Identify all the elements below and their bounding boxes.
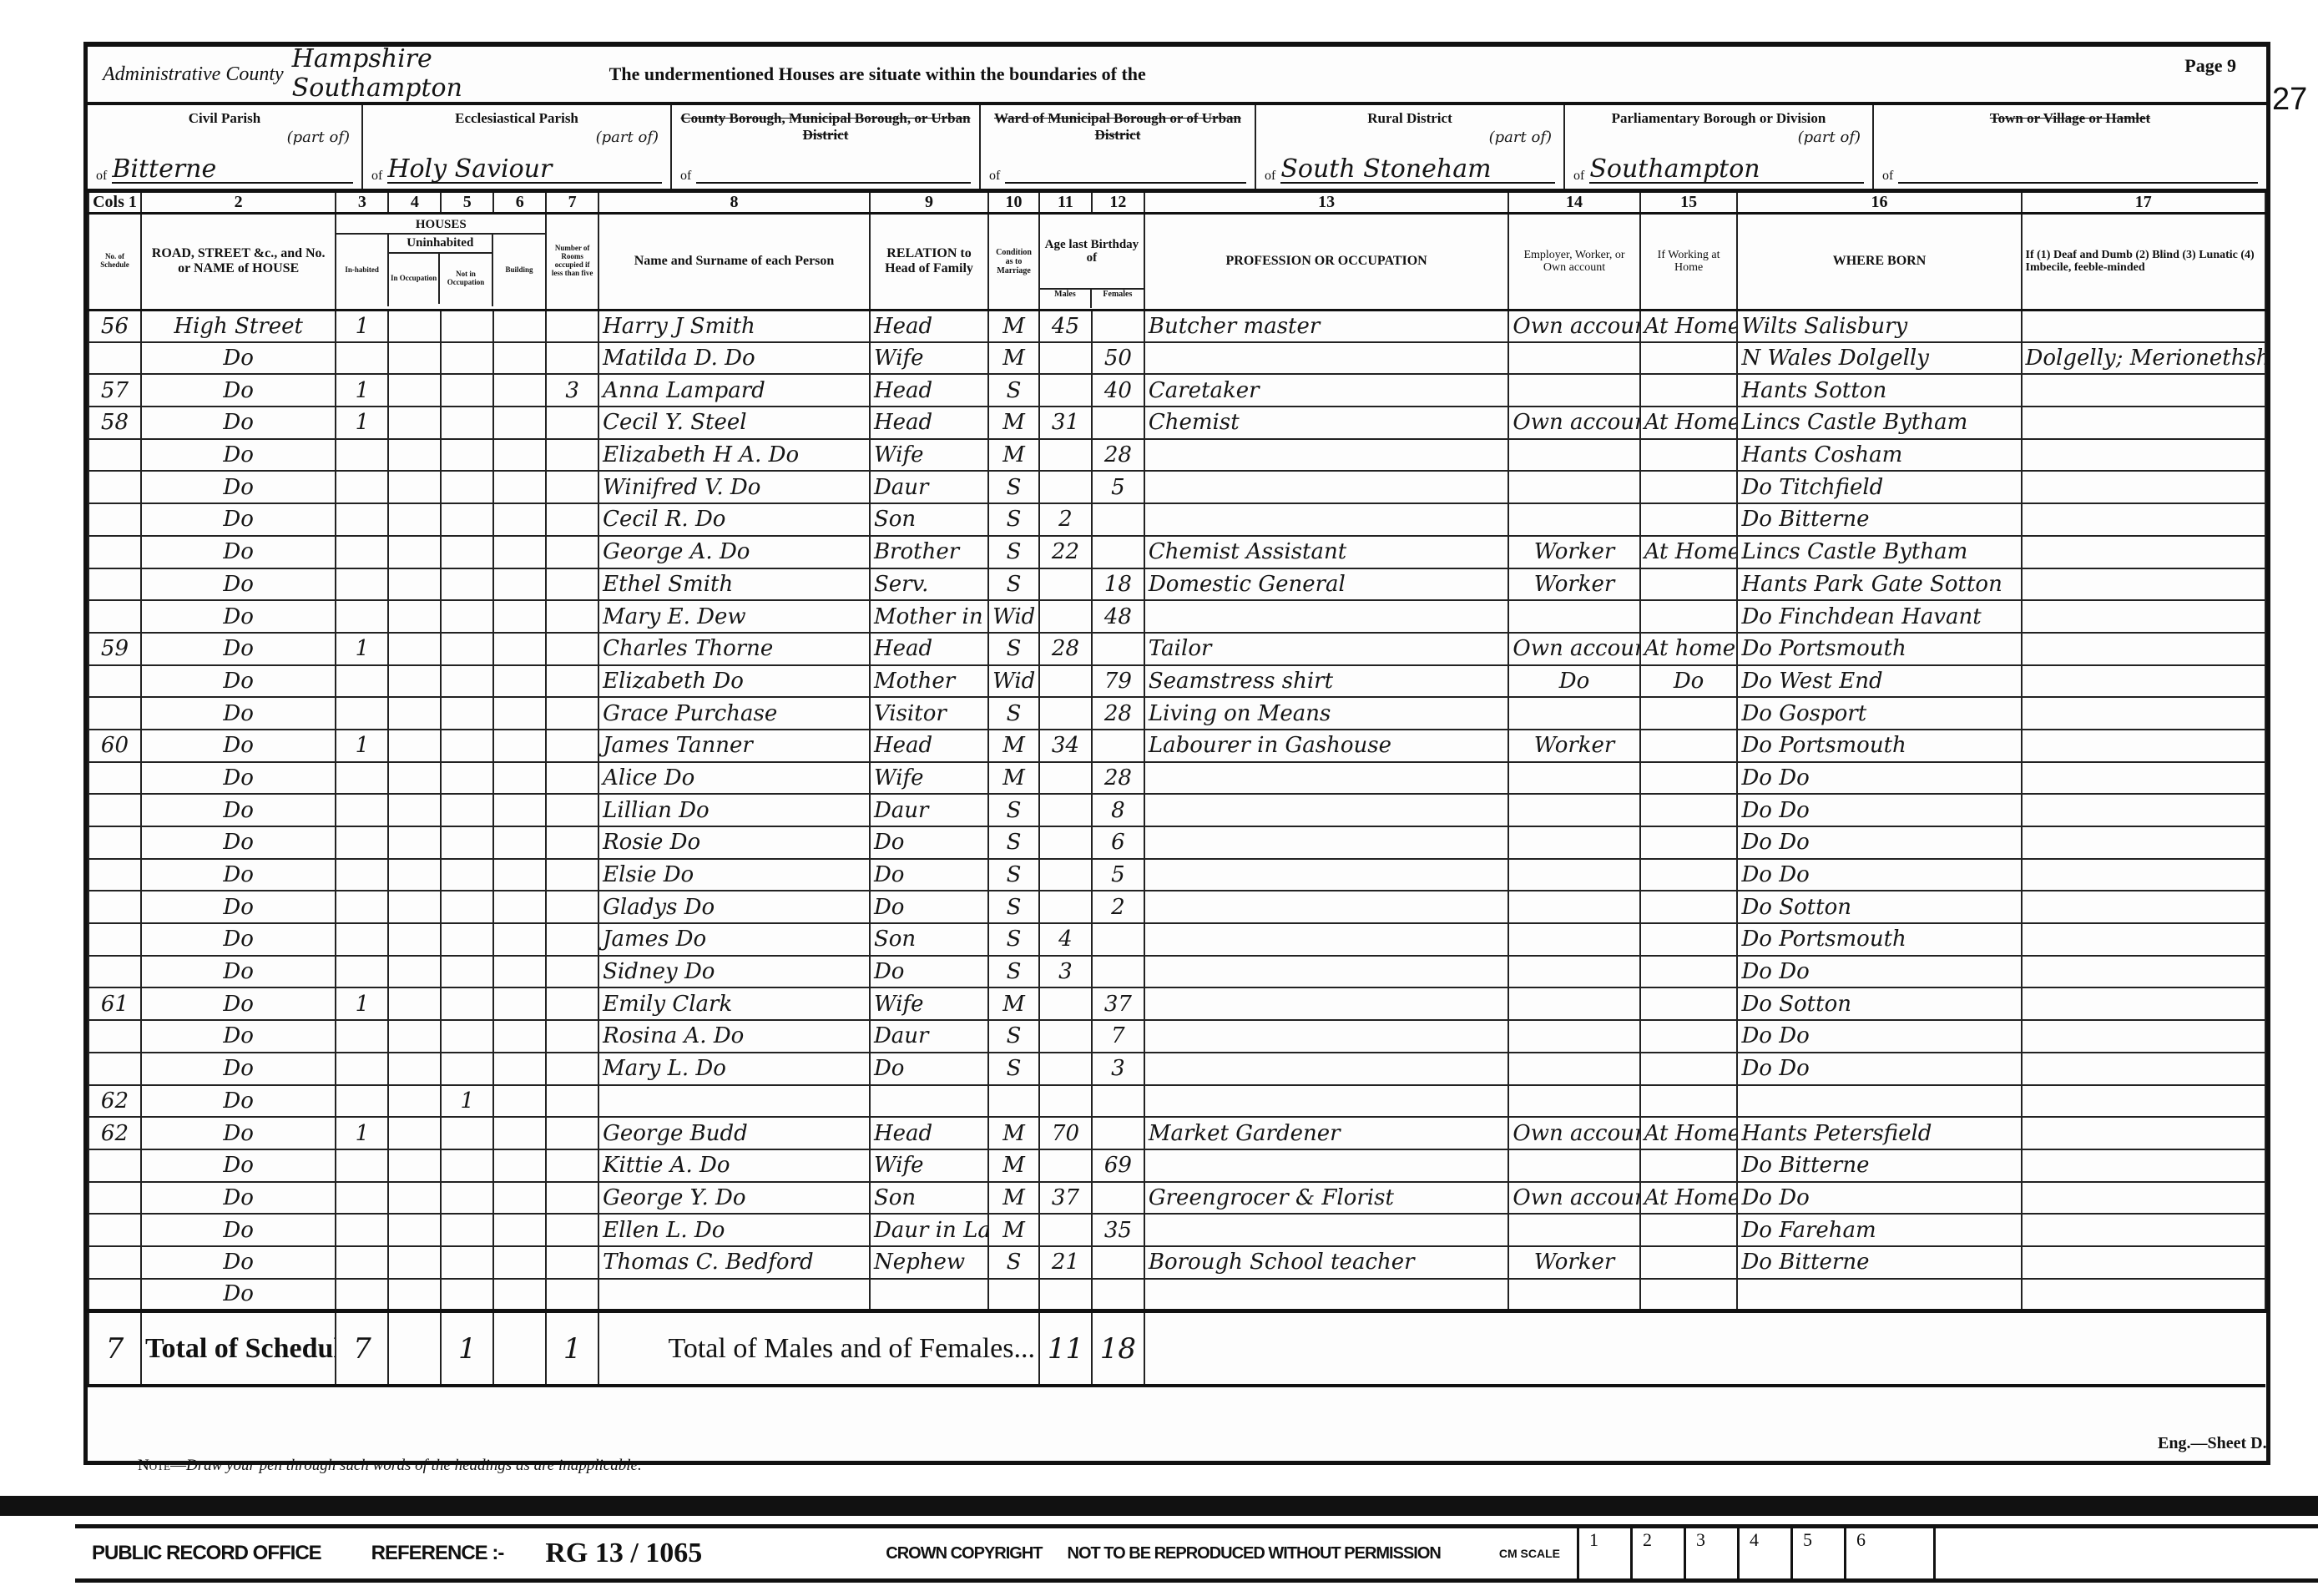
occupation: Living on Means	[1144, 697, 1509, 730]
not-in-occupation	[441, 439, 493, 472]
occupation	[1144, 1214, 1509, 1246]
total-males-females-label: Total of Males and of Females...	[598, 1311, 1039, 1386]
not-in-occupation	[441, 987, 493, 1020]
infirmity	[2022, 568, 2265, 601]
schedule-number	[88, 1182, 141, 1215]
infirmity	[2022, 407, 2265, 439]
person-name: Harry J Smith	[598, 310, 870, 342]
occupation: Butcher master	[1144, 310, 1509, 342]
female-age: 7	[1092, 1020, 1144, 1053]
table-row: DoRosie DoDoS6Do Do	[88, 826, 2265, 859]
scale-mark: 6	[1844, 1526, 1936, 1581]
relation: Head	[870, 310, 988, 342]
note-text: Draw your pen through such words of the …	[186, 1457, 642, 1474]
in-occupation	[388, 891, 441, 923]
employment-status: Do	[1508, 665, 1639, 698]
inhabited-count	[336, 891, 388, 923]
person-name: Elizabeth H A. Do	[598, 439, 870, 472]
road-name: Do	[141, 1053, 336, 1085]
working-at-home	[1640, 923, 1738, 956]
building	[493, 697, 546, 730]
infirmity	[2022, 1214, 2265, 1246]
in-occupation	[388, 826, 441, 859]
not-in-occupation	[441, 1117, 493, 1149]
inhabited-count	[336, 956, 388, 988]
rooms-count	[546, 568, 598, 601]
uninhabited-group-label: Uninhabited	[389, 235, 492, 254]
table-row: DoSidney DoDoS3Do Do	[88, 956, 2265, 988]
female-age: 35	[1092, 1214, 1144, 1246]
male-age	[1039, 1149, 1092, 1182]
building	[493, 536, 546, 568]
building	[493, 374, 546, 407]
schedule-number	[88, 923, 141, 956]
of-label: of	[1265, 169, 1275, 184]
working-at-home	[1640, 439, 1738, 472]
person-name: Rosina A. Do	[598, 1020, 870, 1053]
road-name: Do	[141, 859, 336, 891]
inhabited-count	[336, 471, 388, 503]
marital-condition: S	[988, 956, 1039, 988]
building	[493, 956, 546, 988]
in-occupation	[388, 794, 441, 826]
road-name: Do	[141, 697, 336, 730]
building	[493, 471, 546, 503]
relation: Wife	[870, 439, 988, 472]
scale-mark: 3	[1684, 1526, 1737, 1581]
schedule-number	[88, 1246, 141, 1279]
working-at-home: Do	[1640, 665, 1738, 698]
schedule-number	[88, 536, 141, 568]
birthplace: Wilts Salisbury	[1737, 310, 2021, 342]
male-age	[1039, 439, 1092, 472]
in-occupation	[388, 471, 441, 503]
of-label: of	[989, 169, 1000, 184]
schedule-number	[88, 568, 141, 601]
rooms-count	[546, 762, 598, 795]
sheet-label: Eng.—Sheet D.	[2158, 1434, 2267, 1453]
building	[493, 762, 546, 795]
male-age: 70	[1039, 1117, 1092, 1149]
road-name: Do	[141, 891, 336, 923]
road-name: Do	[141, 471, 336, 503]
person-name: Sidney Do	[598, 956, 870, 988]
male-age: 37	[1039, 1182, 1092, 1215]
col-num: 14	[1508, 193, 1639, 213]
occupation: Chemist	[1144, 407, 1509, 439]
building	[493, 1053, 546, 1085]
employment-status	[1508, 697, 1639, 730]
header-males: Males	[1040, 290, 1092, 308]
inhabited-count	[336, 1020, 388, 1053]
female-age	[1092, 1182, 1144, 1215]
eccl-parish-note: (part of)	[596, 129, 659, 146]
working-at-home: At Home	[1640, 310, 1738, 342]
schedule-number	[88, 1053, 141, 1085]
birthplace: Do Do	[1737, 956, 2021, 988]
building	[493, 1214, 546, 1246]
relation	[870, 1085, 988, 1118]
civil-parish-note: (part of)	[287, 129, 350, 146]
schedule-number	[88, 471, 141, 503]
col-num: 11	[1039, 193, 1092, 213]
header-inhabited: In-habited	[336, 235, 388, 306]
in-occupation	[388, 762, 441, 795]
relation: Do	[870, 1053, 988, 1085]
table-row: DoRosina A. DoDaurS7Do Do	[88, 1020, 2265, 1053]
birthplace: Do Bitterne	[1737, 1246, 2021, 1279]
male-age	[1039, 697, 1092, 730]
road-name: Do	[141, 762, 336, 795]
col-num: 5	[441, 193, 493, 213]
employment-status: Worker	[1508, 536, 1639, 568]
total-in-occupation	[388, 1311, 441, 1386]
male-age	[1039, 568, 1092, 601]
marital-condition: M	[988, 407, 1039, 439]
not-in-occupation	[441, 1246, 493, 1279]
of-label: of	[1882, 169, 1893, 184]
schedule-number	[88, 891, 141, 923]
occupation	[1144, 987, 1509, 1020]
marital-condition: S	[988, 891, 1039, 923]
table-row: DoEthel SmithServ.S18Domestic GeneralWor…	[88, 568, 2265, 601]
table-row: DoEllen L. DoDaur in LawM35Do Fareham	[88, 1214, 2265, 1246]
not-in-occupation	[441, 374, 493, 407]
col-num: 17	[2022, 193, 2265, 213]
admin-county-value: Hampshire Southampton	[292, 44, 576, 105]
in-occupation	[388, 1182, 441, 1215]
in-occupation	[388, 342, 441, 375]
cm-scale-label: CM SCALE	[1499, 1547, 1560, 1561]
in-occupation	[388, 923, 441, 956]
undermentioned-text: The undermentioned Houses are situate wi…	[609, 63, 1146, 85]
in-occupation	[388, 1246, 441, 1279]
inhabited-count	[336, 1053, 388, 1085]
infirmity	[2022, 374, 2265, 407]
male-age	[1039, 1020, 1092, 1053]
occupation	[1144, 600, 1509, 633]
col-num: 9	[870, 193, 988, 213]
road-name: Do	[141, 1279, 336, 1311]
birthplace: Lincs Castle Bytham	[1737, 536, 2021, 568]
road-name: Do	[141, 568, 336, 601]
male-age	[1039, 665, 1092, 698]
total-not-in-occupation: 1	[441, 1311, 493, 1386]
person-name: George Budd	[598, 1117, 870, 1149]
table-row: 57Do13Anna LampardHeadS40CaretakerHants …	[88, 374, 2265, 407]
age-group-label: Age last Birthday of	[1040, 215, 1144, 288]
birthplace: Do Do	[1737, 1053, 2021, 1085]
inhabited-count	[336, 536, 388, 568]
female-age: 2	[1092, 891, 1144, 923]
table-row: DoGladys DoDoS2Do Sotton	[88, 891, 2265, 923]
person-name: Elizabeth Do	[598, 665, 870, 698]
marital-condition: Wid	[988, 600, 1039, 633]
person-name	[598, 1279, 870, 1311]
scale-mark: 2	[1630, 1526, 1684, 1581]
in-occupation	[388, 503, 441, 536]
col-num: 15	[1640, 193, 1738, 213]
marital-condition: S	[988, 374, 1039, 407]
female-age: 48	[1092, 600, 1144, 633]
working-at-home	[1640, 600, 1738, 633]
female-age	[1092, 536, 1144, 568]
male-age	[1039, 1214, 1092, 1246]
birthplace: Lincs Castle Bytham	[1737, 407, 2021, 439]
infirmity	[2022, 503, 2265, 536]
building	[493, 568, 546, 601]
birthplace	[1737, 1279, 2021, 1311]
header-name: Name and Surname of each Person	[598, 213, 870, 310]
building	[493, 987, 546, 1020]
person-name: George Y. Do	[598, 1182, 870, 1215]
employment-status	[1508, 956, 1639, 988]
in-occupation	[388, 1053, 441, 1085]
infirmity: Dolgelly; Merionethshire	[2022, 342, 2265, 375]
relation: Head	[870, 374, 988, 407]
rooms-count	[546, 1085, 598, 1118]
road-name: Do	[141, 1214, 336, 1246]
infirmity	[2022, 891, 2265, 923]
person-name: James Tanner	[598, 730, 870, 762]
not-in-occupation	[441, 665, 493, 698]
rooms-count	[546, 794, 598, 826]
rooms-count	[546, 987, 598, 1020]
relation: Head	[870, 633, 988, 665]
person-name: Ellen L. Do	[598, 1214, 870, 1246]
female-age	[1092, 503, 1144, 536]
rooms-count	[546, 923, 598, 956]
not-in-occupation	[441, 536, 493, 568]
employment-status: Worker	[1508, 1246, 1639, 1279]
rooms-count	[546, 1020, 598, 1053]
header-age: Age last Birthday of Males Females	[1039, 213, 1144, 310]
male-age	[1039, 762, 1092, 795]
employment-status	[1508, 794, 1639, 826]
header-building: Building	[493, 235, 545, 306]
inhabited-count: 1	[336, 987, 388, 1020]
infirmity	[2022, 439, 2265, 472]
not-in-occupation	[441, 762, 493, 795]
birthplace: Do Bitterne	[1737, 1149, 2021, 1182]
in-occupation	[388, 665, 441, 698]
parl-borough-label: Parliamentary Borough or Division	[1572, 110, 1866, 127]
not-in-occupation	[441, 342, 493, 375]
working-at-home	[1640, 987, 1738, 1020]
infirmity	[2022, 536, 2265, 568]
birthplace: Do Sotton	[1737, 987, 2021, 1020]
working-at-home	[1640, 1085, 1738, 1118]
occupation	[1144, 956, 1509, 988]
table-row: DoLillian DoDaurS8Do Do	[88, 794, 2265, 826]
header-condition: Condition as to Marriage	[988, 213, 1039, 310]
building	[493, 859, 546, 891]
not-in-occupation	[441, 1214, 493, 1246]
record-office: PUBLIC RECORD OFFICE	[92, 1542, 321, 1565]
occupation	[1144, 1053, 1509, 1085]
header-relation: RELATION to Head of Family	[870, 213, 988, 310]
road-name: Do	[141, 665, 336, 698]
employment-status	[1508, 1085, 1639, 1118]
working-at-home	[1640, 374, 1738, 407]
building	[493, 1246, 546, 1279]
not-in-occupation	[441, 891, 493, 923]
houses-group-label: HOUSES	[336, 216, 545, 235]
relation: Son	[870, 503, 988, 536]
rooms-count	[546, 1117, 598, 1149]
birthplace: Do Titchfield	[1737, 471, 2021, 503]
inhabited-count	[336, 826, 388, 859]
employment-status	[1508, 1149, 1639, 1182]
not-in-occupation	[441, 697, 493, 730]
not-in-occupation	[441, 859, 493, 891]
admin-divisions: Civil Parish (part of) ofBitterne Eccles…	[88, 105, 2266, 193]
inhabited-count	[336, 342, 388, 375]
infirmity	[2022, 730, 2265, 762]
occupation	[1144, 471, 1509, 503]
working-at-home	[1640, 762, 1738, 795]
inhabited-count	[336, 794, 388, 826]
building	[493, 439, 546, 472]
road-name: Do	[141, 342, 336, 375]
table-row: DoGeorge A. DoBrotherS22Chemist Assistan…	[88, 536, 2265, 568]
occupation: Market Gardener	[1144, 1117, 1509, 1149]
employment-status	[1508, 342, 1639, 375]
schedule-number	[88, 697, 141, 730]
road-name: High Street	[141, 310, 336, 342]
in-occupation	[388, 374, 441, 407]
of-label: of	[680, 169, 691, 184]
female-age: 8	[1092, 794, 1144, 826]
rooms-count	[546, 697, 598, 730]
infirmity	[2022, 600, 2265, 633]
marital-condition: M	[988, 987, 1039, 1020]
town-village-label: Town or Village or Hamlet	[1881, 110, 2260, 127]
eccl-parish-label: Ecclesiastical Parish	[370, 110, 664, 127]
employment-status: Own account	[1508, 310, 1639, 342]
relation: Wife	[870, 342, 988, 375]
male-age	[1039, 987, 1092, 1020]
birthplace: Do Bitterne	[1737, 503, 2021, 536]
male-age	[1039, 1053, 1092, 1085]
infirmity	[2022, 471, 2265, 503]
road-name: Do	[141, 826, 336, 859]
ecclesiastical-parish: Ecclesiastical Parish (part of) ofHoly S…	[363, 105, 672, 189]
working-at-home	[1640, 471, 1738, 503]
birthplace: Do Gosport	[1737, 697, 2021, 730]
road-name: Do	[141, 987, 336, 1020]
relation: Do	[870, 956, 988, 988]
person-name: Matilda D. Do	[598, 342, 870, 375]
marital-condition: M	[988, 439, 1039, 472]
col-num: 6	[493, 193, 546, 213]
header-houses: HOUSES In-habited Uninhabited In Occupat…	[336, 213, 546, 310]
not-in-occupation	[441, 730, 493, 762]
rooms-count	[546, 600, 598, 633]
rural-district: Rural District (part of) ofSouth Stoneha…	[1256, 105, 1565, 189]
rooms-count	[546, 471, 598, 503]
table-row: DoGrace PurchaseVisitorS28Living on Mean…	[88, 697, 2265, 730]
person-name: Grace Purchase	[598, 697, 870, 730]
inhabited-count	[336, 1085, 388, 1118]
female-age	[1092, 633, 1144, 665]
rooms-count	[546, 633, 598, 665]
male-age	[1039, 1279, 1092, 1311]
relation	[870, 1279, 988, 1311]
header-infirmity: If (1) Deaf and Dumb (2) Blind (3) Lunat…	[2022, 213, 2265, 310]
road-name: Do	[141, 1117, 336, 1149]
marital-condition: M	[988, 730, 1039, 762]
infirmity	[2022, 697, 2265, 730]
header-schedule: No. of Schedule	[88, 213, 141, 310]
female-age	[1092, 1246, 1144, 1279]
birthplace: Do Do	[1737, 1020, 2021, 1053]
relation: Head	[870, 730, 988, 762]
table-row: 59Do1Charles ThorneHeadS28TailorOwn acco…	[88, 633, 2265, 665]
female-age: 6	[1092, 826, 1144, 859]
female-age	[1092, 923, 1144, 956]
parl-borough-note: (part of)	[1798, 129, 1861, 146]
rural-district-label: Rural District	[1263, 110, 1557, 127]
schedule-number	[88, 1214, 141, 1246]
road-name: Do	[141, 536, 336, 568]
relation: Daur	[870, 1020, 988, 1053]
schedule-number	[88, 503, 141, 536]
col-num: 16	[1737, 193, 2021, 213]
col-num: 3	[336, 193, 388, 213]
occupation	[1144, 1279, 1509, 1311]
road-name: Do	[141, 503, 336, 536]
marital-condition: S	[988, 923, 1039, 956]
building	[493, 310, 546, 342]
col-num: 10	[988, 193, 1039, 213]
table-row: DoThomas C. BedfordNephewS21Borough Scho…	[88, 1246, 2265, 1279]
employment-status: Worker	[1508, 568, 1639, 601]
rooms-count	[546, 439, 598, 472]
inhabited-count	[336, 762, 388, 795]
employment-status	[1508, 1053, 1639, 1085]
building	[493, 1117, 546, 1149]
not-in-occupation	[441, 471, 493, 503]
relation: Daur	[870, 794, 988, 826]
scale-mark: 4	[1737, 1526, 1790, 1581]
marital-condition: S	[988, 1020, 1039, 1053]
in-occupation	[388, 407, 441, 439]
table-row: DoGeorge Y. DoSonM37Greengrocer & Floris…	[88, 1182, 2265, 1215]
reference-label: REFERENCE :-	[371, 1542, 504, 1565]
inhabited-count	[336, 1246, 388, 1279]
working-at-home	[1640, 568, 1738, 601]
in-occupation	[388, 633, 441, 665]
marital-condition: S	[988, 503, 1039, 536]
working-at-home	[1640, 503, 1738, 536]
header-working-home: If Working at Home	[1640, 213, 1738, 310]
in-occupation	[388, 1020, 441, 1053]
infirmity	[2022, 1085, 2265, 1118]
employment-status: Own account	[1508, 1182, 1639, 1215]
total-schedules: 7	[88, 1311, 141, 1386]
infirmity	[2022, 1020, 2265, 1053]
female-age	[1092, 1279, 1144, 1311]
occupation: Labourer in Gashouse	[1144, 730, 1509, 762]
col-num: 2	[141, 193, 336, 213]
female-age	[1092, 310, 1144, 342]
header-row: Administrative County Hampshire Southamp…	[88, 47, 2266, 105]
occupation: Borough School teacher	[1144, 1246, 1509, 1279]
not-in-occupation	[441, 1020, 493, 1053]
inhabited-count	[336, 665, 388, 698]
marital-condition: S	[988, 859, 1039, 891]
